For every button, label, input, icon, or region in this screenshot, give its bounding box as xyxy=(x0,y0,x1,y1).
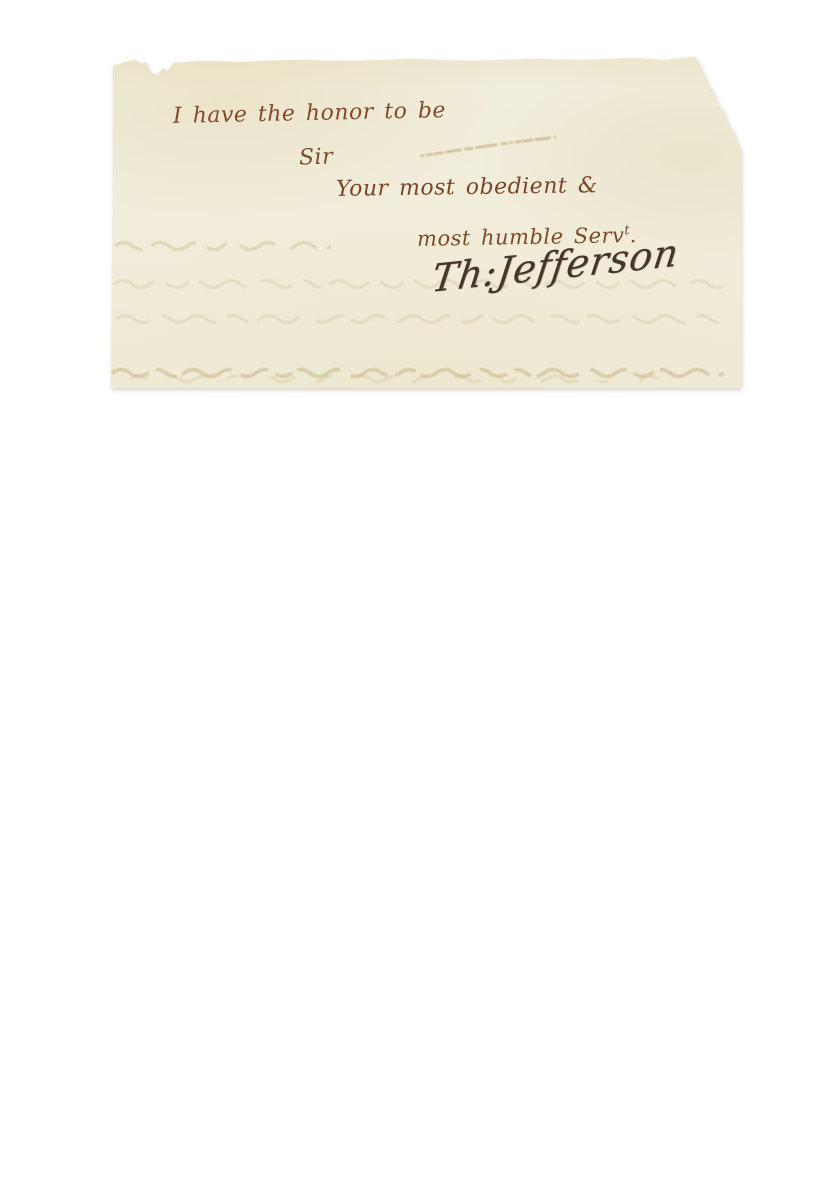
bleedthrough-line xyxy=(115,243,331,250)
bleedthrough-fragment xyxy=(711,89,739,94)
letter-paper-shadow: I have the honor to be Sir Your most obe… xyxy=(111,57,741,388)
salutation: Sir xyxy=(299,144,334,171)
valediction-line-1: Your most obedient & xyxy=(336,173,598,203)
bleedthrough-line xyxy=(116,316,728,323)
letter-paper: I have the honor to be Sir Your most obe… xyxy=(111,57,741,388)
closing-line: I have the honor to be xyxy=(173,98,446,130)
bleedthrough-line xyxy=(131,376,659,382)
bleedthrough-line xyxy=(112,370,724,377)
scanned-letter-page: I have the honor to be Sir Your most obe… xyxy=(0,0,819,1197)
strikethrough-scribble xyxy=(420,137,556,156)
bleedthrough-line xyxy=(114,281,726,288)
